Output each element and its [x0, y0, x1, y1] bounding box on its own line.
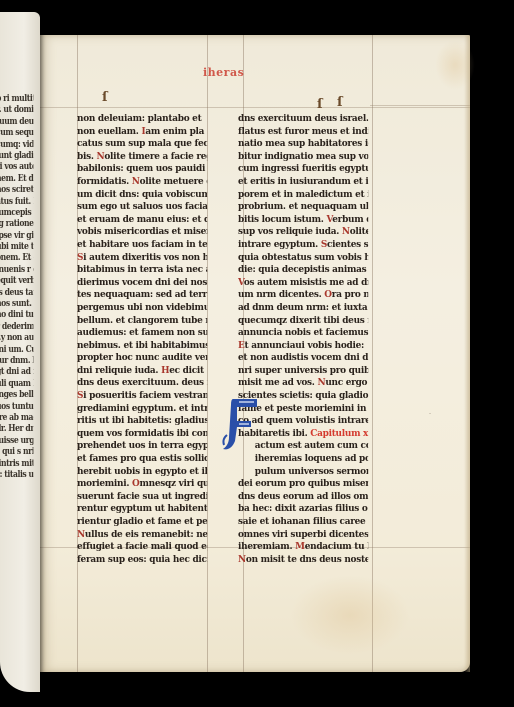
facing-page-line: iumcepis in ubi: [0, 208, 33, 219]
facing-page-line: uli quam hai: [0, 379, 33, 390]
facing-page-line: onem. Et dri: [0, 253, 33, 264]
line-text: quia obtestatus sum vobis ho: [238, 252, 368, 263]
text-line: sum ego ut saluos uos faciam: [77, 201, 207, 214]
text-line: et non audistis vocem dni dei: [238, 352, 368, 365]
text-line: et habitare uos faciam in terra ues: [77, 239, 207, 252]
text-line: vobis misericordias et miserebor ue: [77, 226, 207, 239]
line-text: olite timere a facie regis: [104, 151, 207, 162]
text-line: moriemini. Omnesqz viri qui po: [77, 478, 207, 491]
text-line: prehendet uos in terra egypti:: [77, 440, 207, 453]
facing-page-line: cumq: vidit ipsa: [0, 140, 33, 151]
facing-page-line: r dederimi: [0, 322, 33, 333]
facing-page-line: iuisse urgi: [0, 436, 33, 447]
text-line: quia obtestatus sum vobis ho: [238, 252, 368, 265]
chapter-heading: Capitulum xliii: [310, 428, 368, 439]
facing-page-line: ipse vir gisite: [0, 231, 33, 242]
line-text: probrium. et nequaquam ultra uide: [238, 201, 368, 212]
line-text: effugiet a facie mali quod ego af: [77, 541, 207, 552]
line-text: herebit uobis in egypto et ibi: [77, 466, 207, 477]
facing-page-line: hos sunt. Deus: [0, 299, 33, 310]
line-text: feram sup eos: quia hec dicit: [77, 554, 207, 565]
line-text: olite metuere e: [140, 176, 208, 187]
line-text: actum est autem cum complesset: [255, 440, 368, 451]
line-text: misit me ad vos.: [238, 377, 317, 388]
line-text: erbum dni: [332, 214, 368, 225]
text-line: bitabimus in terra ista nec au: [77, 264, 207, 277]
text-line: et eruam de manu eius: et dabo: [77, 214, 207, 227]
facing-page-line: s qui s nrig: [0, 447, 33, 458]
facing-page-line: inuenis r et: [0, 265, 33, 276]
line-text: ullus de eis remanebit: nec: [85, 529, 207, 540]
line-text: unc ergo: [325, 377, 367, 388]
facing-page-line: l.y non audi. ci: [0, 333, 33, 344]
line-text: et eruam de manu eius: et dabo: [77, 214, 207, 225]
manuscript-leaf: iheras ſ ſ ſ non deleuiam: plantabo etno…: [40, 35, 470, 672]
text-line: annuncia nobis et faciemus.: [238, 327, 368, 340]
text-line: tes nequaquam: sed ad terram egypti: [77, 289, 207, 302]
facing-page-line: uos tuntus: [0, 402, 33, 413]
line-text: audiemus: et famem non susti: [77, 327, 207, 338]
facing-page-line: lg ratione ili: [0, 219, 33, 230]
text-line: Nullus de eis remanebit: nec: [77, 529, 207, 542]
line-text: rientur gladio et fame et peste.: [77, 516, 207, 527]
facing-page-line: gt dni ad iferi: [0, 367, 33, 378]
line-text: nebimus. et ibi habitabimus:: [77, 340, 207, 351]
facing-page-line: r. ut dominus ait: [0, 105, 33, 116]
text-line: flatus est furor meus et indig: [238, 126, 368, 139]
line-text: dierimus vocem dni dei nostri dice: [77, 277, 207, 288]
text-column-right: dns exercituum deus israel. Sicut coflat…: [238, 113, 378, 566]
text-line: grediamini egyptum. et intraue: [77, 403, 207, 416]
line-text: intrare egyptum.: [238, 239, 321, 250]
line-text: babilonis: quem uos pauidi: [77, 163, 205, 174]
facing-page-line: no dini tu re: [0, 310, 33, 321]
line-text: et non audistis vocem dni dei: [238, 352, 368, 363]
running-head: iheras: [203, 66, 244, 79]
line-text: non deleuiam: plantabo et: [77, 113, 201, 124]
text-line: rientur gladio et fame et peste.: [77, 516, 207, 529]
facing-page-fragment: p ri multitudinis aptir. ut dominus aitt…: [0, 12, 40, 692]
text-line: audiemus: et famem non susti: [77, 327, 207, 340]
line-text: i autem dixeritis vos non ha: [83, 252, 207, 263]
facing-page-text: p ri multitudinis aptir. ut dominus aitt…: [0, 94, 40, 481]
line-text: porem et in maledictum et in ob: [238, 189, 368, 200]
text-line: iheremiam. Mendacium tu loqueris.: [238, 541, 368, 554]
text-line: pulum universos sermones dni: [238, 466, 368, 479]
line-text: dns exercituum deus israel.: [238, 113, 368, 124]
line-text: cum ingressi fueritis egyptum:: [238, 163, 368, 174]
line-text: moriemini.: [77, 478, 132, 489]
ascender-flourish: ſ: [317, 97, 323, 112]
facing-page-line: tur dnm. heri: [0, 356, 33, 367]
line-text: flatus est furor meus et indig: [238, 126, 368, 137]
line-text: annuncia nobis et faciemus.: [238, 327, 368, 338]
line-text: sup vos reliquie iuda.: [238, 226, 342, 237]
text-line: Si autem dixeritis vos non ha: [77, 252, 207, 265]
line-text: et fames pro qua estis solliciti ad: [77, 453, 207, 464]
facing-page-line: lintris mitu: [0, 459, 33, 470]
line-text: non euellam.: [77, 126, 141, 137]
rubricated-capital: H: [161, 365, 169, 376]
text-line: saie et iohanan filius caree et: [238, 516, 368, 529]
text-line: um dicit dns: quia vobiscum: [77, 189, 207, 202]
ascender-flourish: ſ: [337, 95, 343, 110]
text-line: et fames pro qua estis solliciti ad: [77, 453, 207, 466]
facing-page-line: nem. Et dixit: [0, 174, 33, 185]
text-line: probrium. et nequaquam ultra uide: [238, 201, 368, 214]
line-text: um dicit dns: quia vobiscum: [77, 189, 207, 200]
illuminated-initial: [219, 395, 259, 455]
text-column-left: non deleuiam: plantabo etnon euellam. Ia…: [77, 113, 217, 566]
line-text: mnesqz viri qui po: [140, 478, 208, 489]
facing-page-line: ubi mite ti ri: [0, 242, 33, 253]
facing-page-line: cum sequi dicam: [0, 128, 33, 139]
text-line: dns exercituum deus israel. Sicut co: [238, 113, 368, 126]
text-line: bitur indignatio mea sup vos: [238, 151, 368, 164]
line-text: ritis ut ibi habitetis: gladius: [77, 415, 207, 426]
line-text: pergemus ubi non videbimus: [77, 302, 207, 313]
text-line: quem vos formidatis ibi com: [77, 428, 207, 441]
text-line: rentur egyptum ut habitent ibi: mo: [77, 503, 207, 516]
line-text: vobis misericordias et miserebor ue: [77, 226, 207, 237]
facing-page-line: dr. Her dni: [0, 424, 33, 435]
facing-page-line: ri vos auteq ri: [0, 162, 33, 173]
text-line: bis. Nolite timere a facie regis: [77, 151, 207, 164]
text-line: bitis locum istum. Verbum dni: [238, 214, 368, 227]
text-line: misit me ad vos. Nunc ergo: [238, 377, 368, 390]
text-line: cum ingressi fueritis egyptum:: [238, 163, 368, 176]
line-text: natio mea sup habitatores ierusalem: sic…: [238, 138, 368, 149]
facing-page-line: fre ab magna: [0, 413, 33, 424]
text-line: nebimus. et ibi habitabimus:: [77, 340, 207, 353]
text-line: dni reliquie iuda. Hec dicit: [77, 365, 207, 378]
text-line: Si posueritis faciem vestram ut i: [77, 390, 207, 403]
line-text: dei eorum pro quibus miserat eu: [238, 478, 368, 489]
ascender-flourish: ſ: [102, 90, 108, 105]
text-line: bellum. et clangorem tube non: [77, 315, 207, 328]
line-text: sum ego ut saluos uos faciam: [77, 201, 207, 212]
rubricated-capital: O: [324, 289, 331, 300]
line-text: die: quia decepistis animas vestras.: [238, 264, 368, 275]
line-text: ad dnm deum nrm: et iuxta omnia: [238, 302, 368, 313]
facing-page-line: equit verbi di: [0, 276, 33, 287]
line-text: saie et iohanan filius caree et: [238, 516, 368, 527]
text-line: babilonis: quem uos pauidi: [77, 163, 207, 176]
line-text: nri super universis pro quibus: [238, 365, 368, 376]
text-line: dns deus exercituum. deus israel.: [77, 377, 207, 390]
text-line: catus sum sup mala que feci uo: [77, 138, 207, 151]
line-text: suerunt facie sua ut ingrediantur: [77, 491, 207, 502]
line-text: dns deus exercituum. deus israel.: [77, 377, 207, 388]
text-line: Vos autem misistis me ad dnm de: [238, 277, 368, 290]
line-text: dni reliquie iuda.: [77, 365, 161, 376]
ruling-line: [370, 105, 470, 106]
text-line: natio mea sup habitatores ierusalem: sic…: [238, 138, 368, 151]
ink-speck: ˑ: [429, 411, 431, 418]
line-text: propter hoc nunc audite verbum: [77, 352, 207, 363]
line-text: ra pro nobis: [332, 289, 368, 300]
rubricated-capital: N: [342, 226, 350, 237]
text-line: omnes viri superbi dicentes ad: [238, 529, 368, 542]
text-line: feram sup eos: quia hec dicit: [77, 554, 207, 567]
text-line: nri super universis pro quibus: [238, 365, 368, 378]
text-line: porem et in maledictum et in ob: [238, 189, 368, 202]
facing-page-line: r: titalis uo: [0, 470, 33, 481]
facing-page-line: atus fuit. Egy: [0, 197, 33, 208]
facing-page-line: ini um. Cum au: [0, 345, 33, 356]
initial-letter-icon: [219, 395, 259, 455]
line-text: am enim pla: [145, 126, 204, 137]
text-line: ba hec: dixit azarias filius o: [238, 503, 368, 516]
text-line: propter hoc nunc audite verbum: [77, 352, 207, 365]
line-text: bitur indignatio mea sup vos: [238, 151, 368, 162]
facing-page-line: is deus tauit: [0, 288, 33, 299]
text-line: non euellam. Iam enim pla: [77, 126, 207, 139]
text-line: die: quia decepistis animas vestras.: [238, 264, 368, 277]
text-line: ad dnm deum nrm: et iuxta omnia: [238, 302, 368, 315]
line-text: iheremias loquens ad po: [255, 453, 368, 464]
facing-page-line: p ri multitudinis apti: [0, 94, 33, 105]
line-text: bis.: [77, 151, 96, 162]
line-text: grediamini egyptum. et intraue: [77, 403, 207, 414]
text-line: intrare egyptum. Scientes scie: [238, 239, 368, 252]
facing-page-line: inges bellato: [0, 390, 33, 401]
text-line: sup vos reliquie iuda. Nolite: [238, 226, 368, 239]
facing-page-line: tuum deum tuu: [0, 117, 33, 128]
line-text: omnes viri superbi dicentes ad: [238, 529, 368, 540]
text-line: dierimus vocem dni dei nostri dice: [77, 277, 207, 290]
facing-page-line: nos sciret ipsi: [0, 185, 33, 196]
line-text: pulum universos sermones dni: [255, 466, 368, 477]
line-text: bitabimus in terra ista nec au: [77, 264, 207, 275]
text-line: quecumqz dixerit tibi deus nr sic: [238, 315, 368, 328]
line-text: cientes scie: [327, 239, 368, 250]
line-text: dns deus eorum ad illos omnia ver: [238, 491, 368, 502]
line-text: formidatis.: [77, 176, 132, 187]
line-text: bitis locum istum.: [238, 214, 326, 225]
line-text: ba hec: dixit azarias filius o: [238, 503, 368, 514]
parchment-stain: [290, 575, 410, 655]
text-line: dns deus eorum ad illos omnia ver: [238, 491, 368, 504]
line-text: t annunciaui vobis hodie:: [245, 340, 365, 351]
ruling-line: [40, 107, 470, 108]
line-text: catus sum sup mala que feci uo: [77, 138, 207, 149]
text-line: pergemus ubi non videbimus: [77, 302, 207, 315]
text-line: um nrm dicentes. Ora pro nobis: [238, 289, 368, 302]
line-text: olite: [350, 226, 368, 237]
text-line: non deleuiam: plantabo et: [77, 113, 207, 126]
line-text: on misit te dns deus noster: [246, 554, 368, 565]
text-line: effugiet a facie mali quod ego af: [77, 541, 207, 554]
text-line: dei eorum pro quibus miserat eu: [238, 478, 368, 491]
line-text: i posueritis faciem vestram ut i: [83, 390, 207, 401]
line-text: quem vos formidatis ibi com: [77, 428, 207, 439]
line-text: et eritis in iusiurandum et in stu: [238, 176, 368, 187]
text-line: formidatis. Nolite metuere e: [77, 176, 207, 189]
text-line: Non misit te dns deus noster: [238, 554, 368, 567]
line-text: bellum. et clangorem tube non: [77, 315, 207, 326]
rubricated-capital: N: [317, 377, 325, 388]
line-text: iheremiam.: [238, 541, 295, 552]
line-text: ec dicit: [169, 365, 204, 376]
text-line: et eritis in iusiurandum et in stu: [238, 176, 368, 189]
text-line: ritis ut ibi habitetis: gladius: [77, 415, 207, 428]
text-line: suerunt facie sua ut ingrediantur: [77, 491, 207, 504]
line-text: um nrm dicentes.: [238, 289, 324, 300]
rubricated-capital: M: [295, 541, 305, 552]
line-text: tes nequaquam: sed ad terram egypti: [77, 289, 207, 300]
line-text: prehendet uos in terra egypti:: [77, 440, 207, 451]
parchment-stain: [435, 40, 475, 90]
facing-page-line: lunt gladio et fami: [0, 151, 33, 162]
line-text: os autem misistis me ad dnm de: [244, 277, 368, 288]
line-text: quecumqz dixerit tibi deus nr sic: [238, 315, 368, 326]
line-text: rentur egyptum ut habitent ibi: mo: [77, 503, 207, 514]
line-text: et habitare uos faciam in terra ues: [77, 239, 207, 250]
text-line: herebit uobis in egypto et ibi: [77, 466, 207, 479]
line-text: endacium tu loqueris.: [305, 541, 368, 552]
text-line: Et annunciaui vobis hodie:: [238, 340, 368, 353]
